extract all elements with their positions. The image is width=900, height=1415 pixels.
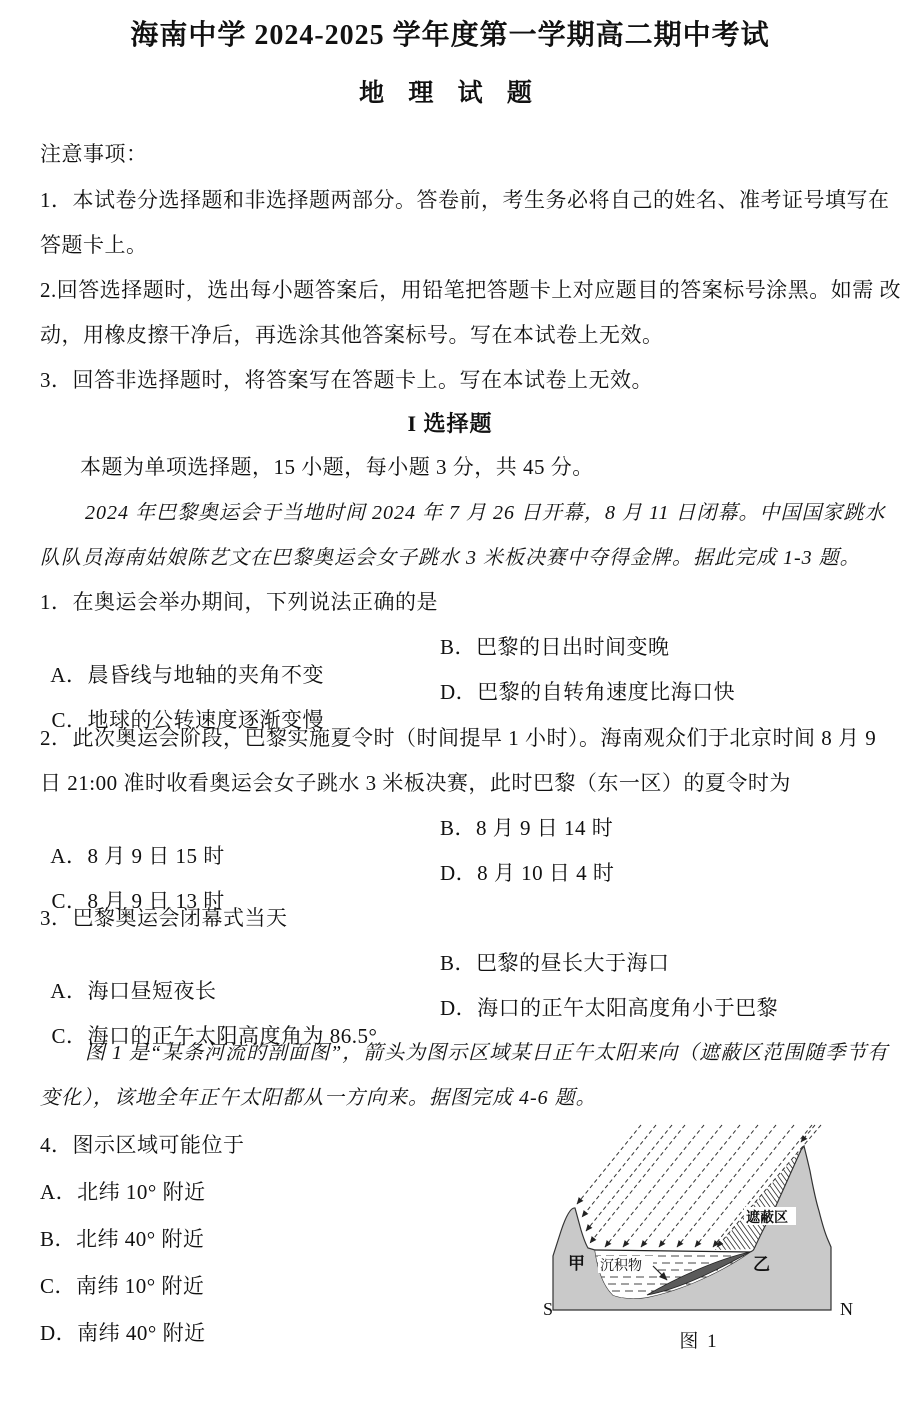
exam-subtitle: 地 理 试 题 <box>0 80 900 108</box>
figure-1-river-cross-section: 沉积物 遮蔽区 甲 乙 S N 图 1 <box>543 1113 855 1363</box>
question-4-option-d: D．南纬 40° 附近 <box>40 1319 206 1347</box>
notice-item-1-line-1: 1．本试卷分选择题和非选择题两部分。答卷前，考生务必将自己的姓名、准考证号填写在 <box>40 186 890 214</box>
passage-1-line-1: 2024 年巴黎奥运会于当地时间 2024 年 7 月 26 日开幕，8 月 1… <box>85 499 886 527</box>
exam-paper-page: { "header": { "title": "海南中学 2024-2025 学… <box>0 0 900 1415</box>
passage-1-line-2: 队队员海南姑娘陈艺文在巴黎奥运会女子跳水 3 米板决赛中夺得金牌。据此完成 1-… <box>40 544 861 572</box>
question-2-option-b: B．8 月 9 日 14 时 <box>440 814 613 842</box>
passage-2-line-2: 变化），该地全年正午太阳都从一方向来。据图完成 4-6 题。 <box>40 1084 597 1112</box>
bank-label-yi: 乙 <box>753 1255 770 1274</box>
passage-2-line-1: 图 1 是“某条河流的剖面图”，箭头为图示区域某日正午太阳来向（遮蔽区范围随季节… <box>85 1039 888 1067</box>
question-3-stem: 3．巴黎奥运会闭幕式当天 <box>40 904 288 932</box>
question-3-option-d: D．海口的正午太阳高度角小于巴黎 <box>440 994 778 1022</box>
shadow-zone-label: 遮蔽区 <box>746 1209 788 1226</box>
question-2-stem-line-2: 日 21:00 准时收看奥运会女子跳水 3 米板决赛，此时巴黎（东一区）的夏令时… <box>40 769 791 797</box>
notice-item-2-line-1: 2.回答选择题时，选出每小题答案后，用铅笔把答题卡上对应题目的答案标号涂黑。如需… <box>40 276 900 304</box>
question-4-option-c: C．南纬 10° 附近 <box>40 1272 204 1300</box>
question-4-option-b: B．北纬 40° 附近 <box>40 1225 204 1253</box>
notice-item-2-line-2: 动，用橡皮擦干净后，再选涂其他答案标号。写在本试卷上无效。 <box>40 321 664 349</box>
question-4-stem: 4．图示区域可能位于 <box>40 1131 245 1159</box>
question-1-option-b: B．巴黎的日出时间变晚 <box>440 633 670 661</box>
figure-1-caption: 图 1 <box>543 1326 855 1353</box>
section-1-intro: 本题为单项选择题，15 小题，每小题 3 分，共 45 分。 <box>80 453 594 481</box>
figure-1-drawing: 沉积物 遮蔽区 甲 乙 S N <box>543 1113 855 1323</box>
question-3-option-b: B．巴黎的昼长大于海口 <box>440 949 670 977</box>
question-1-stem: 1．在奥运会举办期间，下列说法正确的是 <box>40 588 438 616</box>
exam-title: 海南中学 2024-2025 学年度第一学期高二期中考试 <box>0 22 900 50</box>
bank-label-jia: 甲 <box>568 1254 585 1273</box>
question-4-option-a: A．北纬 10° 附近 <box>40 1178 206 1206</box>
section-1-heading: I 选择题 <box>0 410 900 438</box>
notice-heading: 注意事项： <box>40 140 148 168</box>
question-1-option-d: D．巴黎的自转角速度比海口快 <box>440 678 735 706</box>
south-label: S <box>543 1299 553 1319</box>
sediment-label: 沉积物 <box>600 1257 642 1274</box>
notice-item-1-line-2: 答题卡上。 <box>40 231 148 259</box>
notice-item-3: 3．回答非选择题时，将答案写在答题卡上。写在本试卷上无效。 <box>40 366 653 394</box>
question-2-option-d: D．8 月 10 日 4 时 <box>440 859 614 887</box>
question-2-stem-line-1: 2．此次奥运会阶段，巴黎实施夏令时（时间提早 1 小时）。海南观众们于北京时间 … <box>40 724 876 752</box>
north-label: N <box>840 1299 853 1319</box>
